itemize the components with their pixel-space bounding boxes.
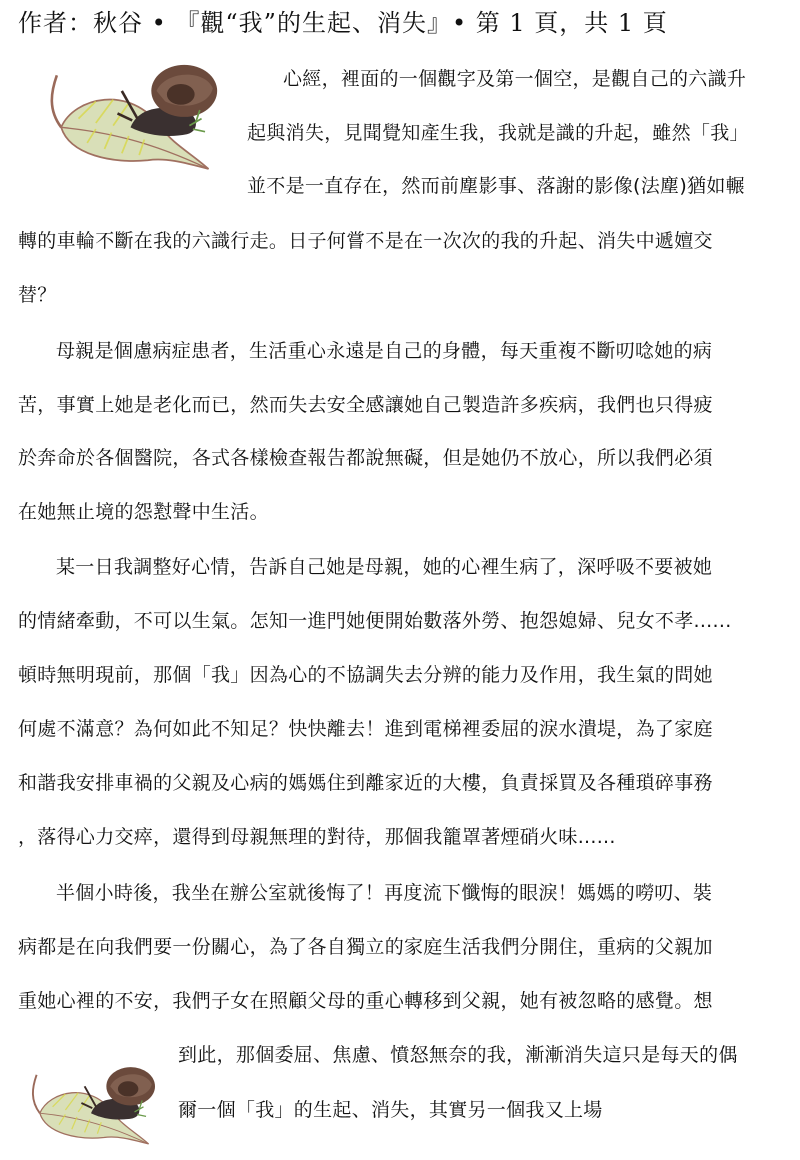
paragraph-1-line-3: 並不是一直存在，然而前塵影事、落謝的影像(法塵)猶如輾 — [247, 173, 745, 199]
paragraph-1-line-5: 替？ — [18, 282, 57, 308]
paragraph-3-line-3: 頓時無明現前，那個「我」因為心的不協調失去分辨的能力及作用，我生氣的問她 — [18, 662, 713, 688]
paragraph-1-line-4: 轉的車輪不斷在我的六識行走。日子何嘗不是在一次次的我的升起、消失中遞嬗交 — [18, 228, 713, 254]
paragraph-4-line-2: 病都是在向我們要一份關心，為了各自獨立的家庭生活我們分開住，重病的父親加 — [18, 934, 713, 960]
document-title: 作者：秋谷 • 『觀“我”的生起、消失』• 第 1 頁，共 1 頁 — [18, 6, 798, 40]
paragraph-3-line-6: ，落得心力交瘁，還得到母親無理的對待，那個我籠罩著煙硝火味...... — [18, 824, 616, 850]
paragraph-2-line-4: 在她無止境的怨懟聲中生活。 — [18, 499, 269, 525]
paragraph-2-line-1: 母親是個慮病症患者，生活重心永遠是自己的身體，每天重複不斷叨唸她的病 — [56, 338, 712, 364]
paragraph-3-line-4: 何處不滿意？為何如此不知足？快快離去！進到電梯裡委屈的淚水潰堤，為了家庭 — [18, 716, 713, 742]
paragraph-4-line-3: 重她心裡的不安，我們子女在照顧父母的重心轉移到父親，她有被忽略的感覺。想 — [18, 988, 713, 1014]
paragraph-3-line-2: 的情緒牽動，不可以生氣。怎知一進門她便開始數落外勞、抱怨媳婦、兒女不孝.....… — [18, 608, 732, 634]
paragraph-4-line-4: 到此，那個委屈、焦慮、憤怒無奈的我，漸漸消失這只是每天的偶 — [178, 1042, 738, 1068]
paragraph-3-line-1: 某一日我調整好心情，告訴自己她是母親，她的心裡生病了，深呼吸不要被她 — [56, 554, 712, 580]
paragraph-4-line-5: 爾一個「我」的生起、消失，其實另一個我又上場 — [178, 1097, 603, 1123]
paragraph-4-line-1: 半個小時後，我坐在辦公室就後悔了！再度流下懺悔的眼淚！媽媽的嘮叨、裝 — [56, 880, 712, 906]
paragraph-1-line-1: 心經，裡面的一個觀字及第一個空，是觀自己的六識升 — [283, 66, 746, 92]
paragraph-2-line-3: 於奔命於各個醫院，各式各樣檢查報告都說無礙，但是她仍不放心，所以我們必須 — [18, 445, 713, 471]
snail-leaf-illustration-top — [28, 58, 233, 188]
paragraph-2-line-2: 苦，事實上她是老化而已，然而失去安全感讓她自己製造許多疾病，我們也只得疲 — [18, 392, 713, 418]
paragraph-1-line-2: 起與消失，見聞覺知產生我，我就是識的升起，雖然「我」 — [247, 120, 749, 146]
snail-leaf-illustration-bottom — [16, 1062, 166, 1158]
paragraph-3-line-5: 和諧我安排車禍的父親及心病的媽媽住到離家近的大樓，負責採買及各種瑣碎事務 — [18, 770, 713, 796]
